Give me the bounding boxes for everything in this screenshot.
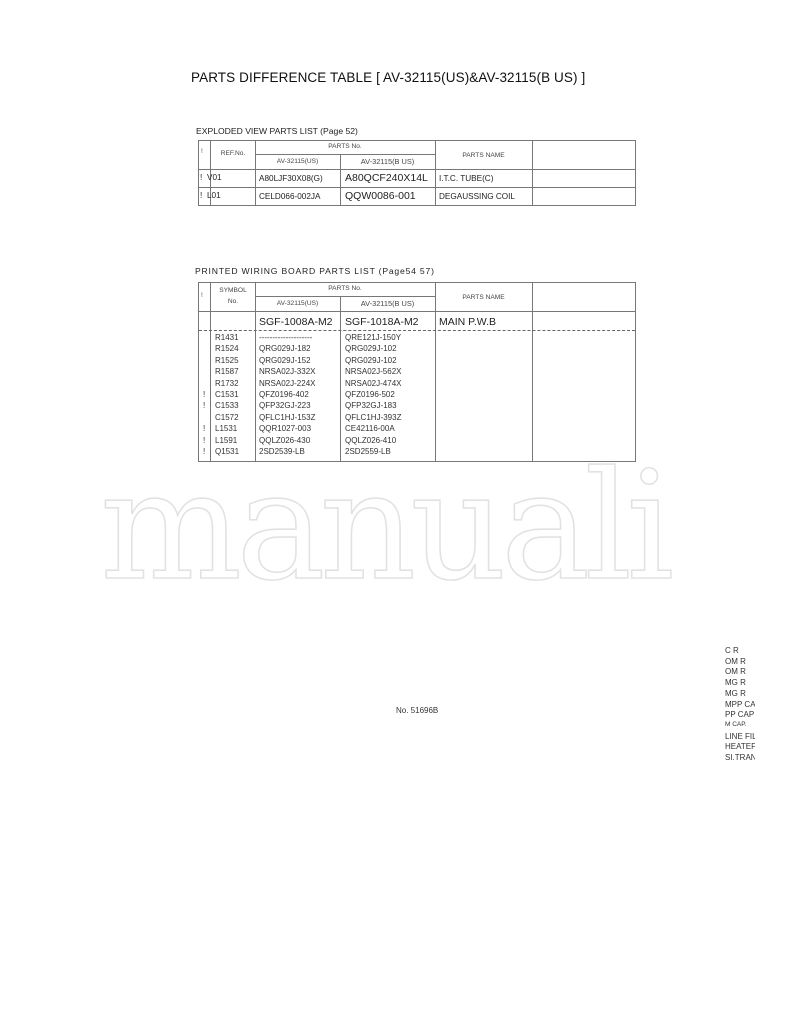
board-part-bus: SGF-1018A-M2: [345, 316, 419, 328]
side-list-item: MPP CA: [725, 700, 755, 709]
row-part-bus: NRSA02J-562X: [345, 367, 401, 376]
row-mark: !: [203, 390, 205, 399]
row-symbol: L1591: [215, 436, 237, 445]
row-ref: V01: [207, 173, 222, 182]
row-part-us: QQR1027-003: [259, 424, 311, 433]
row-mark: !: [200, 191, 202, 200]
row-part-bus: QRE121J-150Y: [345, 333, 401, 342]
row-part-bus: CE42116-00A: [345, 424, 395, 433]
header-parts-name: PARTS NAME: [435, 152, 532, 159]
side-list-item: OM R: [725, 657, 755, 666]
header-parts-name: PARTS NAME: [435, 294, 532, 301]
header-model-bus: AV-32115(B US): [340, 299, 435, 308]
header-model-us: AV-32115(US): [255, 158, 340, 165]
side-list-item: MG R: [725, 678, 755, 687]
row-part-bus: QRG029J-102: [345, 344, 397, 353]
row-part-bus: A80QCF240X14L: [345, 172, 428, 184]
row-mark: !: [203, 401, 205, 410]
header-mark: !: [201, 148, 203, 155]
row-mark: !: [200, 173, 202, 182]
exploded-section-title: EXPLODED VIEW PARTS LIST (Page 52): [196, 126, 358, 136]
row-mark: !: [203, 436, 205, 445]
header-mark: !: [201, 292, 203, 299]
side-list-item: LINE FIL: [725, 732, 755, 741]
row-symbol: C1531: [215, 390, 239, 399]
row-part-us: QQLZ026-430: [259, 436, 310, 445]
row-part-us: QFP32GJ-223: [259, 401, 311, 410]
row-symbol: L1531: [215, 424, 237, 433]
header-symbol: SYMBOL: [211, 287, 255, 294]
row-part-us: --------------------: [259, 333, 312, 342]
row-part-bus: 2SD2559-LB: [345, 447, 391, 456]
side-list-item: MG R: [725, 689, 755, 698]
row-symbol: C1572: [215, 413, 239, 422]
row-ref: L01: [207, 191, 221, 200]
row-part-bus: QFZ0196-502: [345, 390, 395, 399]
document-number: No. 51696B: [396, 706, 438, 715]
row-symbol: R1524: [215, 344, 239, 353]
side-list-item: SI.TRAN: [725, 753, 755, 762]
side-list-item: M CAP.: [725, 721, 755, 728]
side-list-item: OM R: [725, 667, 755, 676]
row-part-bus: QQLZ026-410: [345, 436, 396, 445]
pwb-parts-table: ! SYMBOL No. PARTS No. AV-32115(US) AV-3…: [198, 282, 636, 462]
side-list-item: HEATEF: [725, 742, 755, 751]
row-symbol: R1732: [215, 379, 239, 388]
row-part-name: DEGAUSSING COIL: [439, 192, 515, 201]
row-part-name: I.T.C. TUBE(C): [439, 174, 493, 183]
row-part-us: QFZ0196-402: [259, 390, 309, 399]
header-parts-no: PARTS No.: [255, 143, 435, 150]
side-list-item: C R: [725, 646, 755, 655]
page-title: PARTS DIFFERENCE TABLE [ AV-32115(US)&AV…: [191, 70, 585, 85]
watermark-manuali: manuali: [100, 458, 700, 588]
header-model-us: AV-32115(US): [255, 300, 340, 307]
row-symbol: R1525: [215, 356, 239, 365]
row-part-bus: QFP32GJ-183: [345, 401, 397, 410]
board-part-name: MAIN P.W.B: [439, 316, 496, 328]
header-ref-no: REF.No.: [211, 150, 255, 157]
row-symbol: R1587: [215, 367, 239, 376]
header-parts-no: PARTS No.: [255, 285, 435, 292]
row-symbol: Q1531: [215, 447, 239, 456]
row-symbol: C1533: [215, 401, 239, 410]
row-part-us: QRG029J-182: [259, 344, 311, 353]
row-part-us: CELD066-002JA: [259, 192, 320, 201]
row-part-us: QFLC1HJ-153Z: [259, 413, 315, 422]
svg-text:manuali: manuali: [100, 458, 671, 588]
row-part-us: NRSA02J-332X: [259, 367, 315, 376]
exploded-parts-table: ! REF.No. PARTS No. AV-32115(US) AV-3211…: [198, 140, 636, 206]
row-part-bus: NRSA02J-474X: [345, 379, 401, 388]
row-mark: !: [203, 447, 205, 456]
row-part-us: QRG029J-152: [259, 356, 311, 365]
header-model-bus: AV-32115(B US): [340, 157, 435, 166]
row-symbol: R1431: [215, 333, 239, 342]
row-part-us: A80LJF30X08(G): [259, 174, 323, 183]
row-part-us: 2SD2539-LB: [259, 447, 305, 456]
row-part-bus: QFLC1HJ-393Z: [345, 413, 401, 422]
row-part-bus: QRG029J-102: [345, 356, 397, 365]
row-mark: !: [203, 424, 205, 433]
header-symbol-no: No.: [211, 298, 255, 305]
row-part-bus: QQW0086-001: [345, 190, 416, 202]
row-part-us: NRSA02J-224X: [259, 379, 315, 388]
pwb-section-title: PRINTED WIRING BOARD PARTS LIST (Page54 …: [195, 266, 435, 276]
board-part-us: SGF-1008A-M2: [259, 316, 333, 328]
side-list-item: PP CAP: [725, 710, 755, 719]
